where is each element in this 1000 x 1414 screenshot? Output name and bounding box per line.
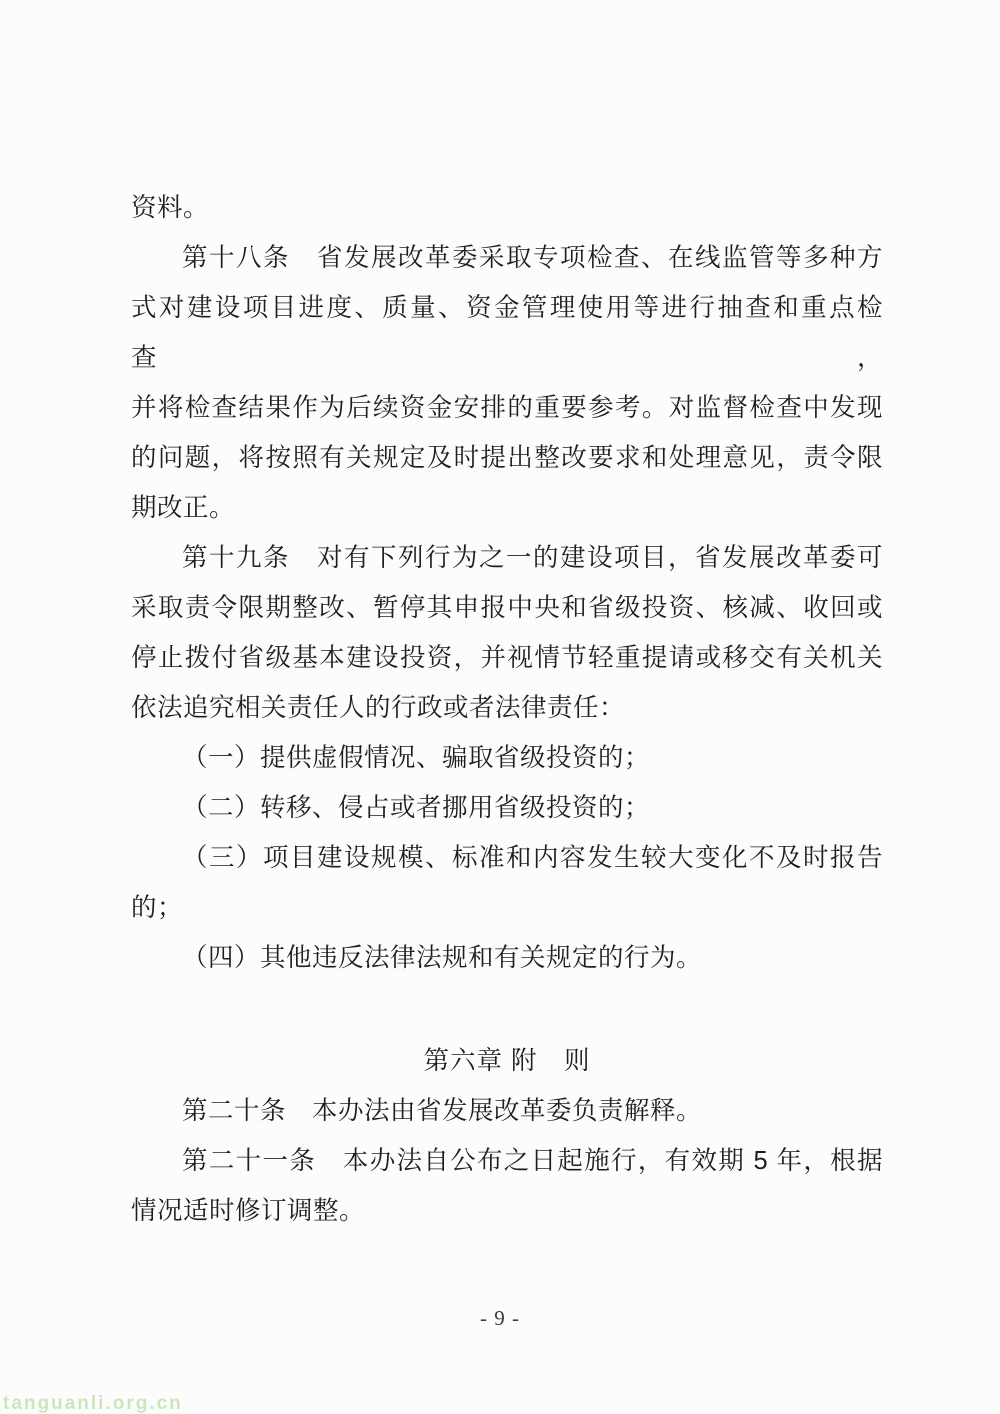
page-number: - 9 - xyxy=(0,1306,1000,1331)
paragraph-line: 式对建设项目进度、质量、资金管理使用等进行抽查和重点检查， xyxy=(131,283,883,383)
paragraph-line: 停止拨付省级基本建设投资，并视情节轻重提请或移交有关机关 xyxy=(131,633,883,683)
document-body: 资料。 第十八条 省发展改革委采取专项检查、在线监管等多种方 式对建设项目进度、… xyxy=(131,183,883,1236)
paragraph-line: 情况适时修订调整。 xyxy=(131,1186,883,1236)
paragraph-line: 资料。 xyxy=(131,183,883,233)
paragraph-line: 的问题，将按照有关规定及时提出整改要求和处理意见，责令限 xyxy=(131,433,883,483)
paragraph-line: 依法追究相关责任人的行政或者法律责任： xyxy=(131,683,883,733)
article-19-line: 第十九条 对有下列行为之一的建设项目，省发展改革委可 xyxy=(131,533,883,583)
article-18-line: 第十八条 省发展改革委采取专项检查、在线监管等多种方 xyxy=(131,233,883,283)
paragraph-line: 期改正。 xyxy=(131,483,883,533)
chapter-heading: 第六章 附 则 xyxy=(131,1036,883,1086)
list-item-3: （三）项目建设规模、标准和内容发生较大变化不及时报告 xyxy=(131,833,883,883)
paragraph-line: 并将检查结果作为后续资金安排的重要参考。对监督检查中发现 xyxy=(131,383,883,433)
list-item-1: （一）提供虚假情况、骗取省级投资的； xyxy=(131,733,883,783)
article-20-line: 第二十条 本办法由省发展改革委负责解释。 xyxy=(131,1086,883,1136)
watermark: tanguanli.org.cn xyxy=(3,1393,183,1414)
list-item-4: （四）其他违反法律法规和有关规定的行为。 xyxy=(131,933,883,983)
document-page: 资料。 第十八条 省发展改革委采取专项检查、在线监管等多种方 式对建设项目进度、… xyxy=(0,0,1000,1414)
list-item-2: （二）转移、侵占或者挪用省级投资的； xyxy=(131,783,883,833)
list-item-3-continuation: 的； xyxy=(131,883,883,933)
article-21-line: 第二十一条 本办法自公布之日起施行，有效期 5 年，根据 xyxy=(131,1136,883,1186)
paragraph-line: 采取责令限期整改、暂停其申报中央和省级投资、核减、收回或 xyxy=(131,583,883,633)
